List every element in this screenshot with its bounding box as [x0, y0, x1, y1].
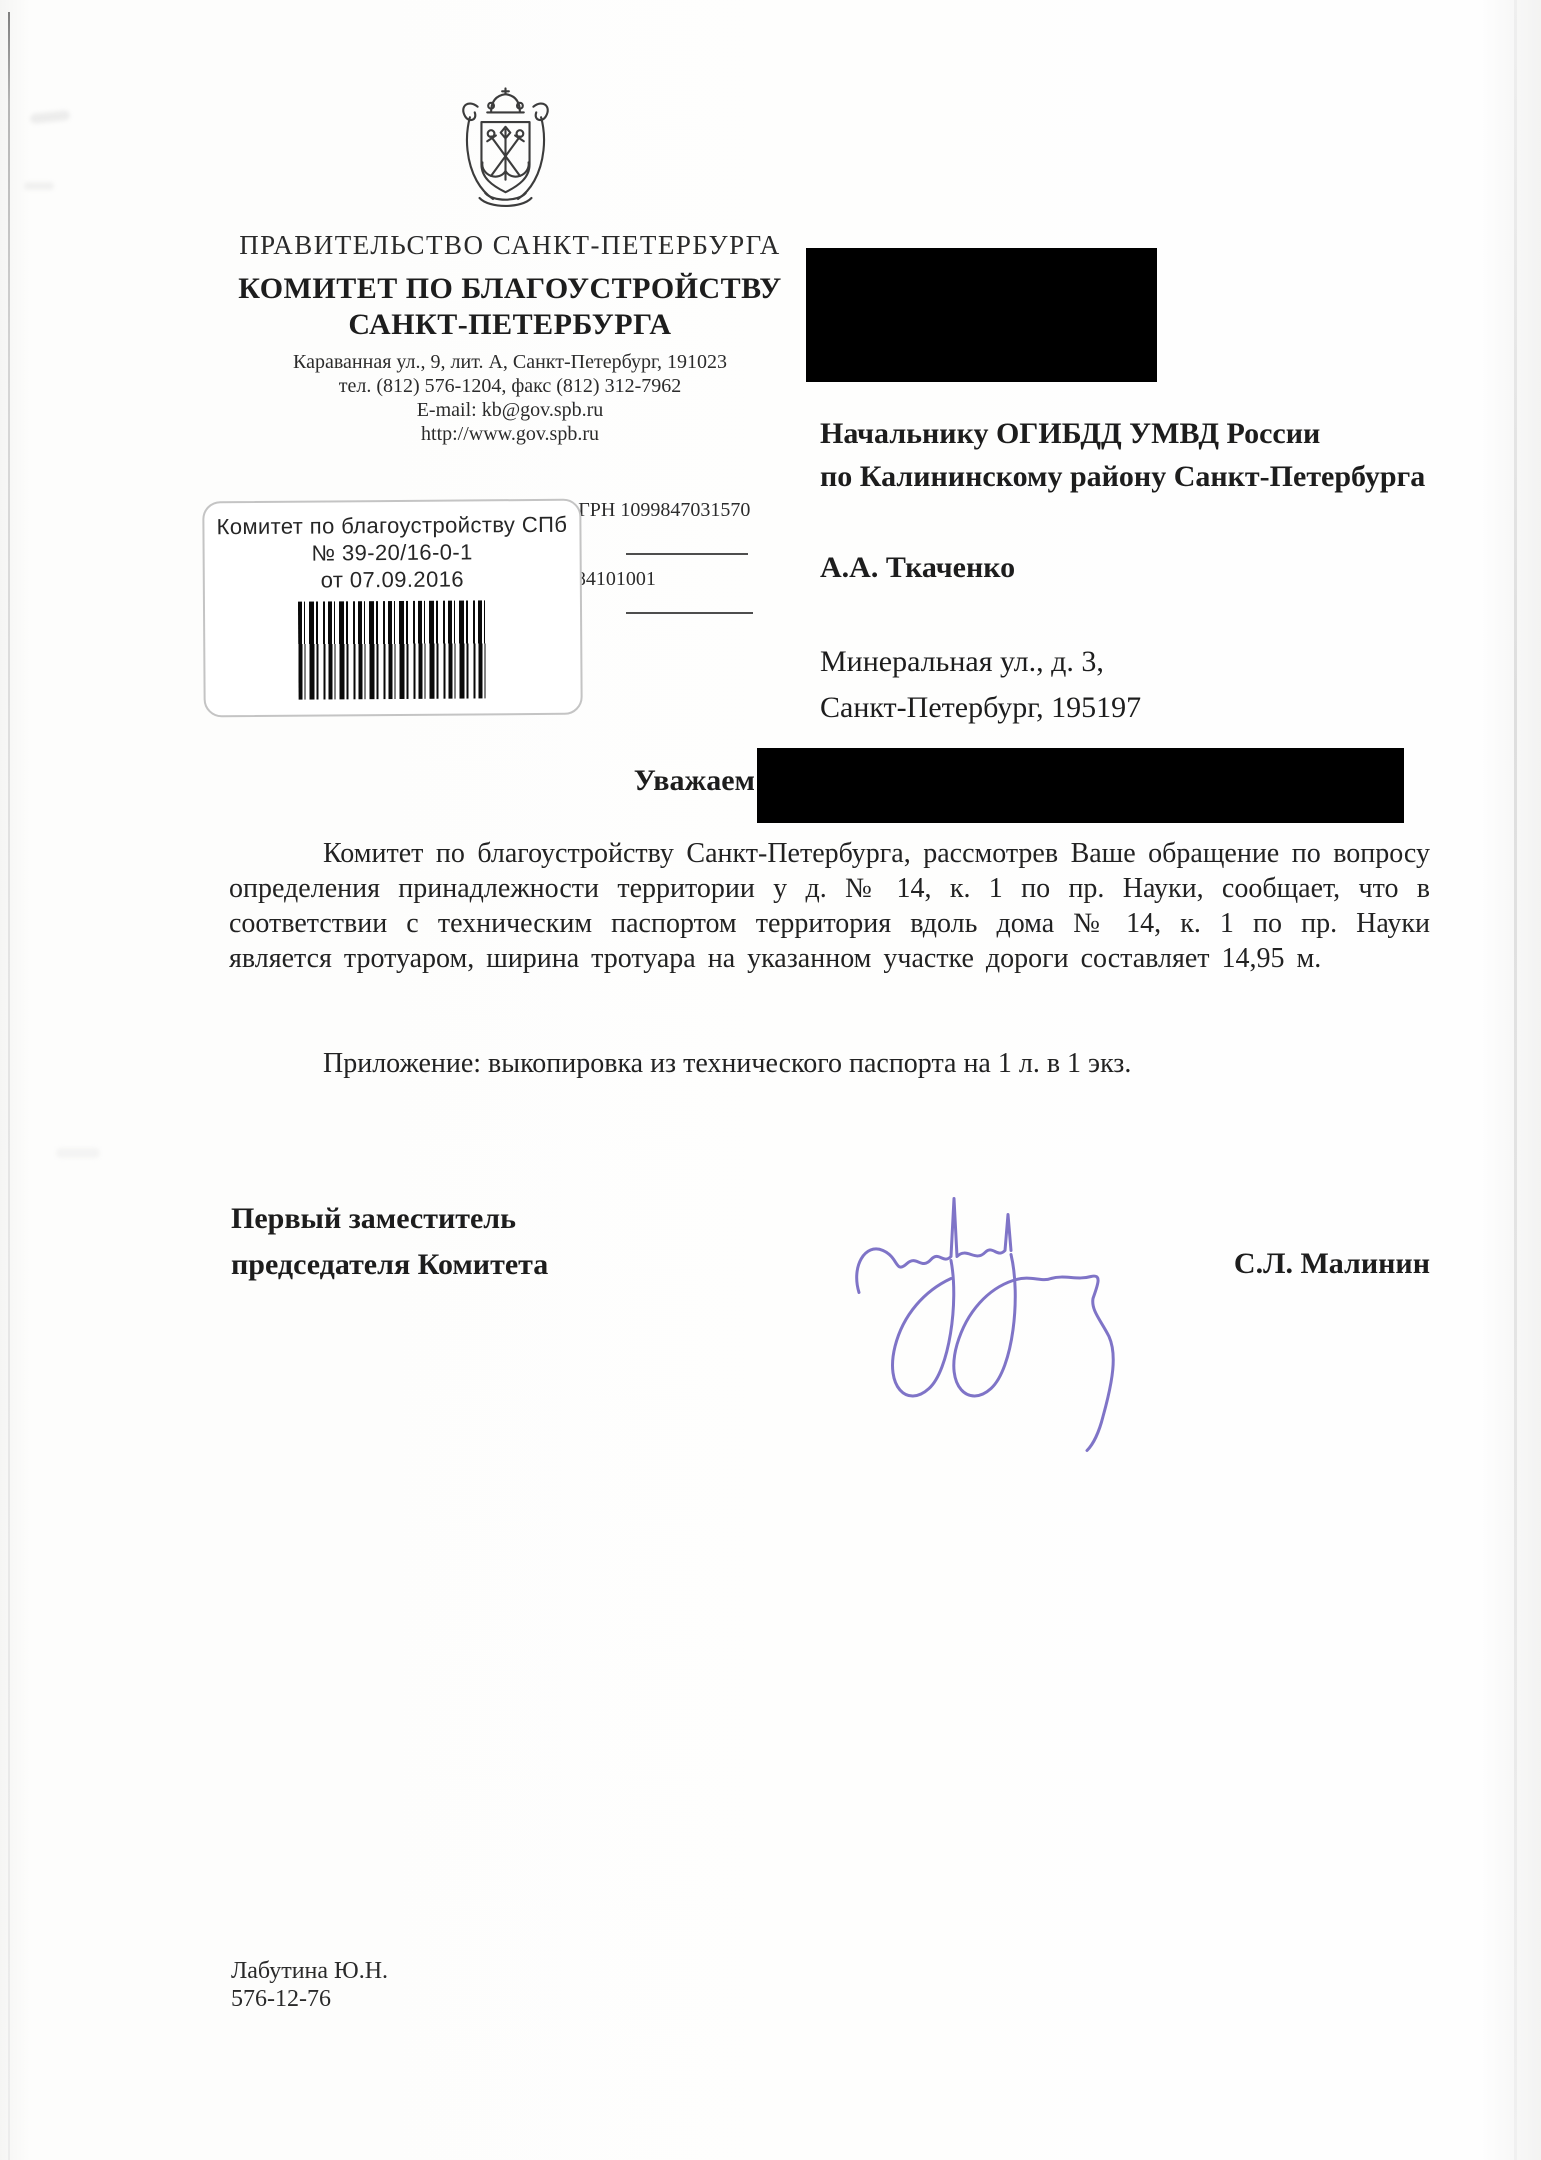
- signer-position-line2: председателя Комитета: [231, 1242, 791, 1288]
- handwritten-signature-icon: [845, 1182, 1235, 1467]
- scan-fold-line-right: [1514, 0, 1517, 2160]
- redaction-addressee-name: [757, 748, 1404, 823]
- scan-smudge: [56, 1148, 100, 1158]
- government-title: ПРАВИТЕЛЬСТВО САНКТ-ПЕТЕРБУРГА: [225, 230, 795, 261]
- registration-stamp: Комитет по благоустройству СПб № 39-20/1…: [202, 499, 582, 718]
- letter-body-paragraph: Комитет по благоустройству Санкт-Петербу…: [229, 836, 1430, 976]
- letterhead-phone-fax: тел. (812) 576-1204, факс (812) 312-7962: [225, 374, 795, 398]
- recipient-position-line2: по Калининскому району Санкт-Петербурга: [820, 460, 1480, 494]
- recipient-address-line2: Санкт-Петербург, 195197: [820, 691, 1480, 725]
- attachment-note: Приложение: выкопировка из технического …: [229, 1048, 1430, 1080]
- scan-fold-line-left: [8, 12, 10, 2160]
- letterhead-contact-block: Караванная ул., 9, лит. А, Санкт-Петербу…: [225, 350, 795, 446]
- stamp-org-name: Комитет по благоустройству СПб: [204, 511, 579, 541]
- letterhead-email: E-mail: kb@gov.spb.ru: [225, 398, 795, 422]
- executor-phone: 576-12-76: [231, 1985, 388, 2013]
- executor-name: Лабутина Ю.Н.: [231, 1957, 388, 1985]
- signer-position: Первый заместитель председателя Комитета: [231, 1196, 791, 1288]
- barcode-icon: [297, 600, 488, 699]
- recipient-name: А.А. Ткаченко: [820, 551, 1480, 585]
- organization-name-line1: КОМИТЕТ ПО БЛАГОУСТРОЙСТВУ: [225, 272, 795, 306]
- reference-blank-line-2: [626, 612, 753, 614]
- coat-of-arms-icon: [443, 84, 568, 212]
- stamp-outgoing-number: № 39-20/16-0-1: [205, 538, 580, 568]
- signer-name: С.Л. Малинин: [1100, 1247, 1430, 1281]
- executor-block: Лабутина Ю.Н. 576-12-76: [231, 1957, 388, 2013]
- scanned-letter-page: ПРАВИТЕЛЬСТВО САНКТ-ПЕТЕРБУРГА КОМИТЕТ П…: [0, 0, 1541, 2160]
- letterhead-address: Караванная ул., 9, лит. А, Санкт-Петербу…: [225, 350, 795, 374]
- recipient-position-line1: Начальнику ОГИБДД УМВД России: [820, 417, 1480, 451]
- stamp-date: от 07.09.2016: [205, 565, 580, 595]
- scan-smudge: [30, 110, 71, 124]
- salutation-prefix: Уважаем: [500, 764, 755, 798]
- organization-name-line2: САНКТ-ПЕТЕРБУРГА: [225, 308, 795, 342]
- reference-blank-line-1: [626, 553, 748, 555]
- redaction-block-top: [806, 248, 1157, 382]
- recipient-address-line1: Минеральная ул., д. 3,: [820, 645, 1480, 679]
- signer-position-line1: Первый заместитель: [231, 1196, 791, 1242]
- scan-smudge: [24, 182, 54, 190]
- letterhead-website: http://www.gov.spb.ru: [225, 422, 795, 446]
